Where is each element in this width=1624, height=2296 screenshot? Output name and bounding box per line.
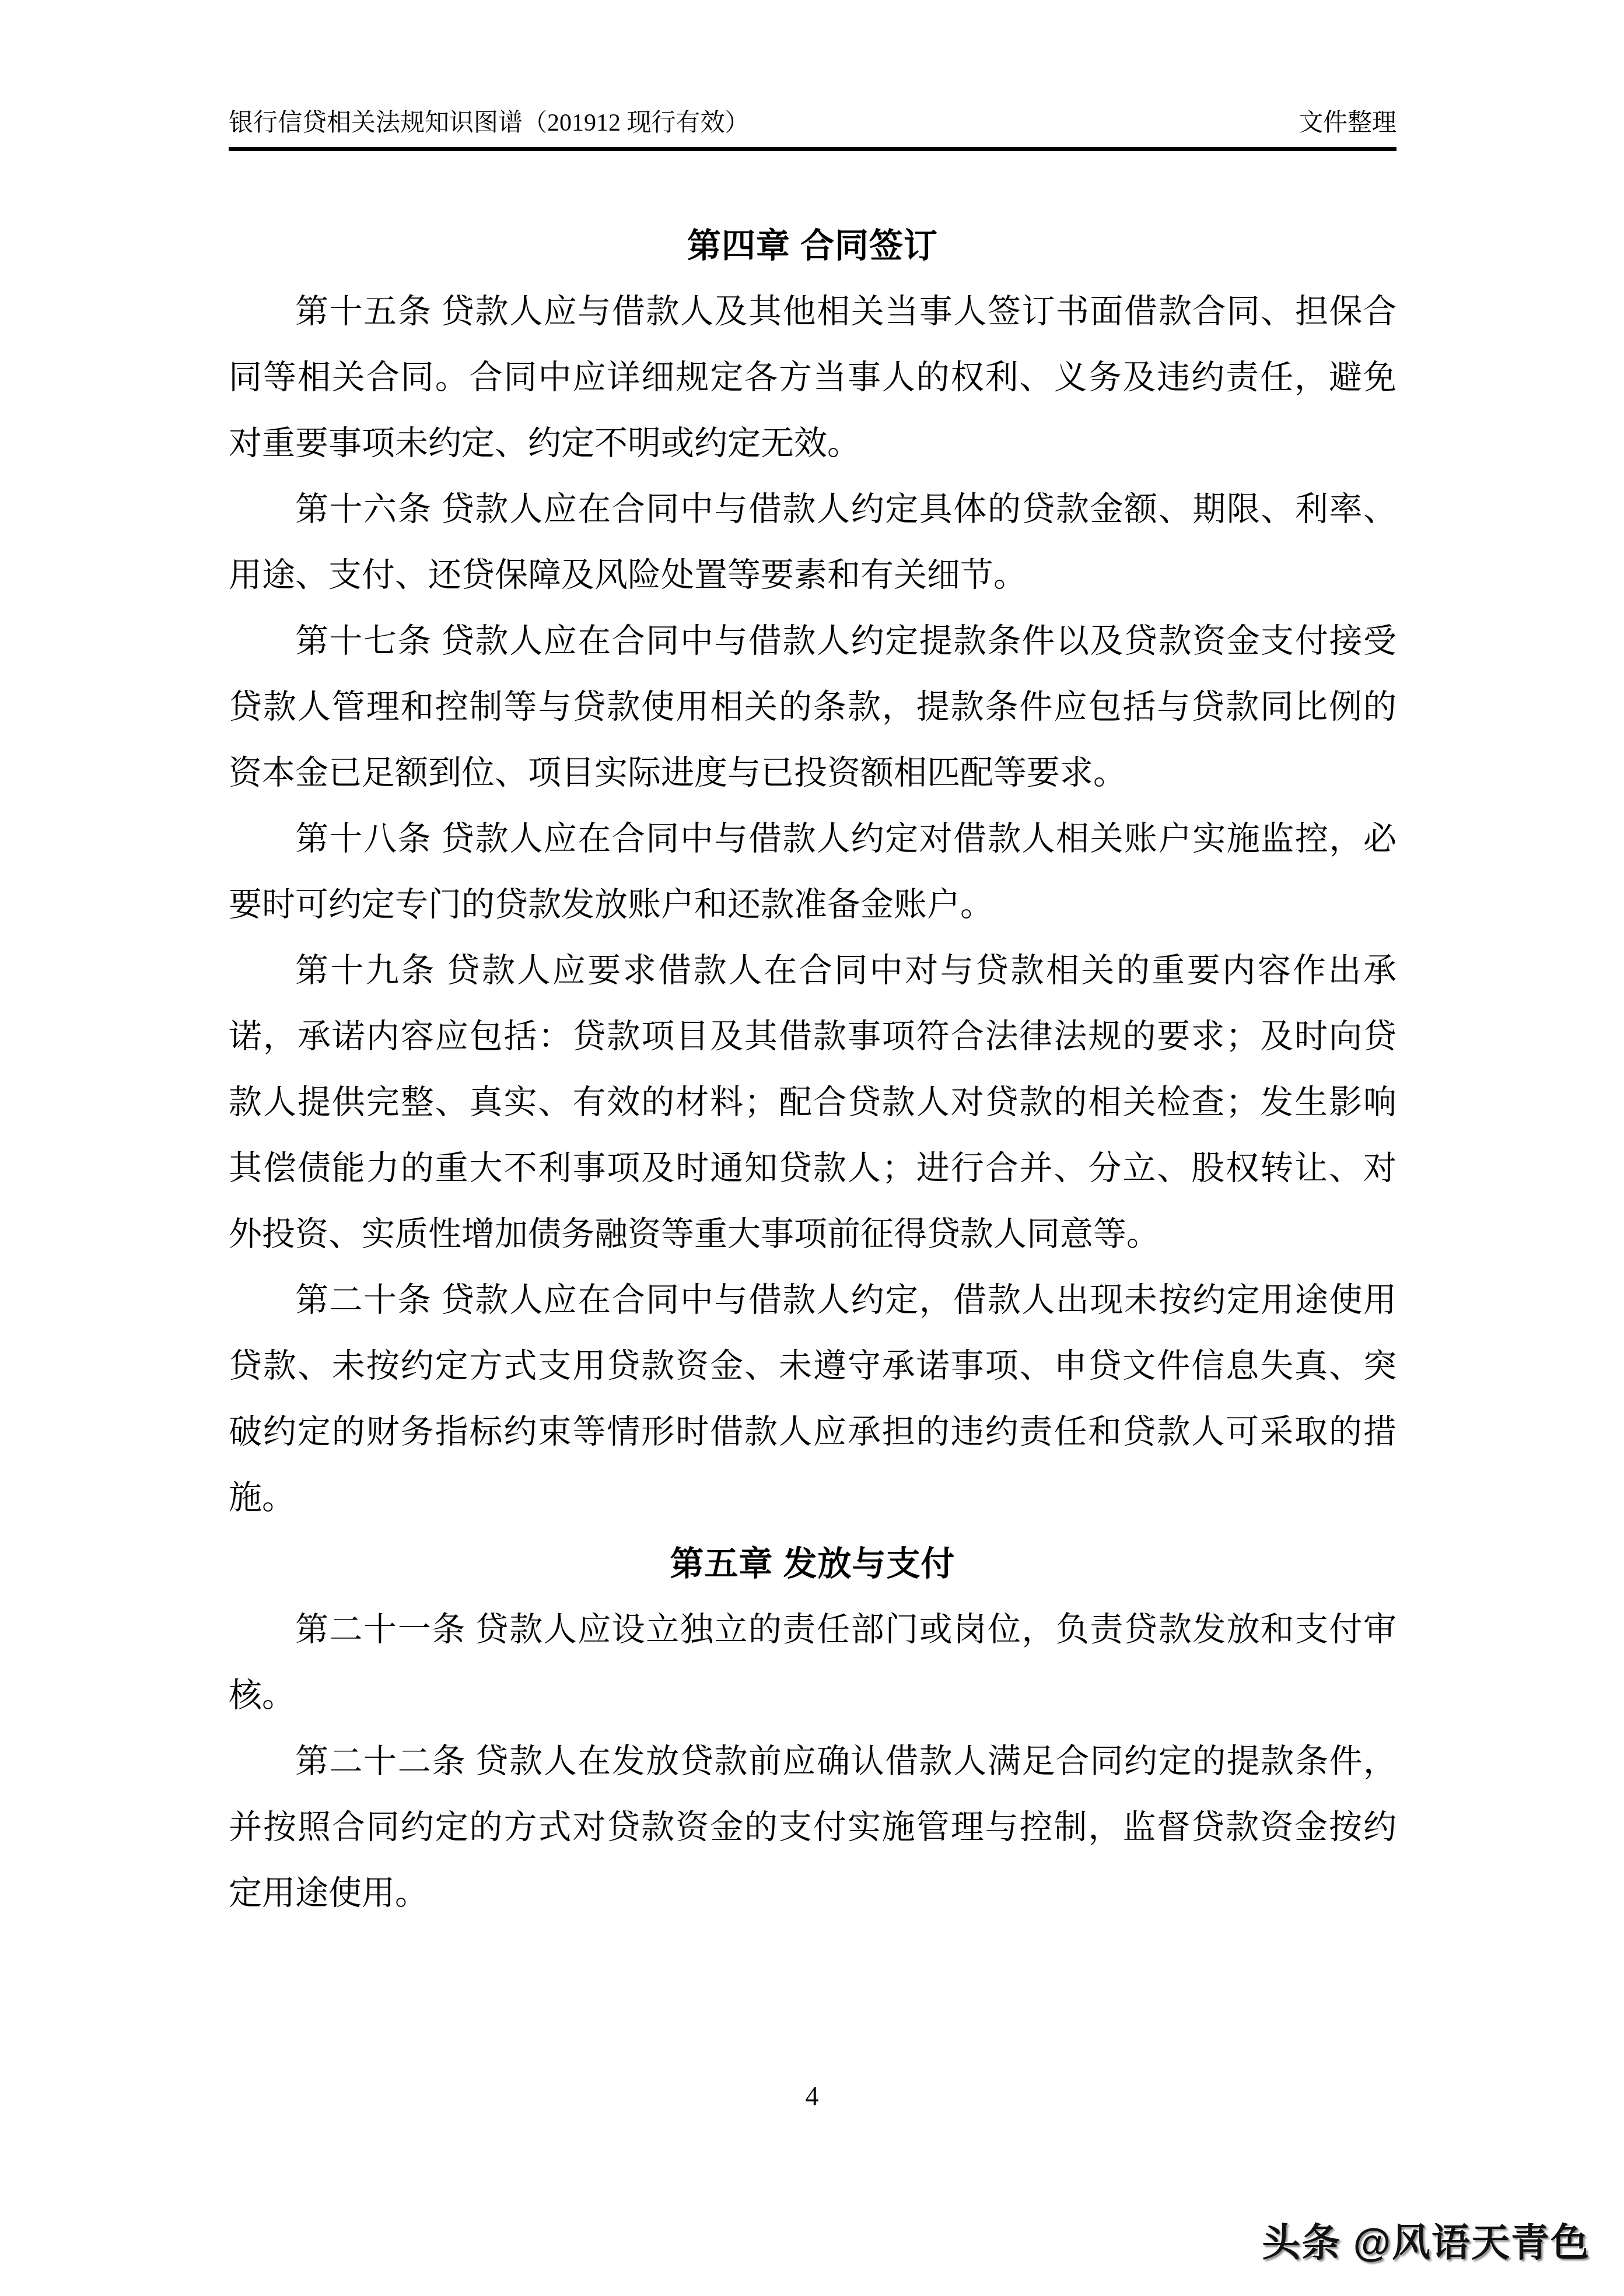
- paragraph: 第十五条 贷款人应与借款人及其他相关当事人签订书面借款合同、担保合同等相关合同。…: [229, 279, 1396, 476]
- text-line: 第十七条 贷款人应在合同中与借款人约定提款条件以及贷款资金支付接受: [229, 608, 1396, 674]
- text-line: 第二十条 贷款人应在合同中与借款人约定，借款人出现未按约定用途使用: [229, 1267, 1396, 1333]
- text-line: 核。: [229, 1663, 1396, 1729]
- header-note: 文件整理: [1298, 108, 1396, 138]
- paragraph: 第十八条 贷款人应在合同中与借款人约定对借款人相关账户实施监控，必要时可约定专门…: [229, 806, 1396, 938]
- paragraph: 第二十二条 贷款人在发放贷款前应确认借款人满足合同约定的提款条件，并按照合同约定…: [229, 1729, 1396, 1926]
- text-line: 要时可约定专门的贷款发放账户和还款准备金账户。: [229, 872, 1396, 938]
- page-number: 4: [0, 2083, 1624, 2110]
- text-line: 定用途使用。: [229, 1860, 1396, 1926]
- text-line: 第十九条 贷款人应要求借款人在合同中对与贷款相关的重要内容作出承: [229, 938, 1396, 1004]
- paragraph: 第十六条 贷款人应在合同中与借款人约定具体的贷款金额、期限、利率、用途、支付、还…: [229, 476, 1396, 608]
- page-header: 银行信贷相关法规知识图谱（201912 现行有效） 文件整理: [229, 108, 1396, 151]
- text-line: 第十六条 贷款人应在合同中与借款人约定具体的贷款金额、期限、利率、: [229, 476, 1396, 542]
- text-line: 用途、支付、还贷保障及风险处置等要素和有关细节。: [229, 542, 1396, 608]
- text-line: 资本金已足额到位、项目实际进度与已投资额相匹配等要求。: [229, 740, 1396, 806]
- text-line: 第十五条 贷款人应与借款人及其他相关当事人签订书面借款合同、担保合: [229, 279, 1396, 345]
- document-body: 第四章 合同签订第十五条 贷款人应与借款人及其他相关当事人签订书面借款合同、担保…: [229, 213, 1396, 1926]
- header-title: 银行信贷相关法规知识图谱（201912 现行有效）: [229, 108, 750, 138]
- chapter-heading: 第五章 发放与支付: [229, 1531, 1396, 1597]
- text-line: 同等相关合同。合同中应详细规定各方当事人的权利、义务及违约责任，避免: [229, 345, 1396, 411]
- text-line: 外投资、实质性增加债务融资等重大事项前征得贷款人同意等。: [229, 1201, 1396, 1267]
- text-line: 并按照合同约定的方式对贷款资金的支付实施管理与控制，监督贷款资金按约: [229, 1794, 1396, 1860]
- text-line: 贷款人管理和控制等与贷款使用相关的条款，提款条件应包括与贷款同比例的: [229, 674, 1396, 740]
- text-line: 款人提供完整、真实、有效的材料；配合贷款人对贷款的相关检查；发生影响: [229, 1070, 1396, 1135]
- paragraph: 第十九条 贷款人应要求借款人在合同中对与贷款相关的重要内容作出承诺，承诺内容应包…: [229, 938, 1396, 1267]
- watermark: 头条 @风语天青色: [1262, 2211, 1590, 2267]
- text-line: 第十八条 贷款人应在合同中与借款人约定对借款人相关账户实施监控，必: [229, 806, 1396, 872]
- text-line: 对重要事项未约定、约定不明或约定无效。: [229, 411, 1396, 476]
- document-page: 银行信贷相关法规知识图谱（201912 现行有效） 文件整理 第四章 合同签订第…: [0, 0, 1624, 2296]
- text-line: 第二十二条 贷款人在发放贷款前应确认借款人满足合同约定的提款条件，: [229, 1729, 1396, 1794]
- text-line: 其偿债能力的重大不利事项及时通知贷款人；进行合并、分立、股权转让、对: [229, 1135, 1396, 1201]
- text-line: 诺，承诺内容应包括：贷款项目及其借款事项符合法律法规的要求；及时向贷: [229, 1004, 1396, 1070]
- paragraph: 第二十条 贷款人应在合同中与借款人约定，借款人出现未按约定用途使用贷款、未按约定…: [229, 1267, 1396, 1531]
- text-line: 第二十一条 贷款人应设立独立的责任部门或岗位，负责贷款发放和支付审: [229, 1597, 1396, 1663]
- text-line: 贷款、未按约定方式支用贷款资金、未遵守承诺事项、申贷文件信息失真、突: [229, 1333, 1396, 1399]
- text-line: 施。: [229, 1465, 1396, 1531]
- text-line: 破约定的财务指标约束等情形时借款人应承担的违约责任和贷款人可采取的措: [229, 1399, 1396, 1465]
- chapter-heading: 第四章 合同签订: [229, 213, 1396, 279]
- paragraph: 第二十一条 贷款人应设立独立的责任部门或岗位，负责贷款发放和支付审核。: [229, 1597, 1396, 1729]
- paragraph: 第十七条 贷款人应在合同中与借款人约定提款条件以及贷款资金支付接受贷款人管理和控…: [229, 608, 1396, 806]
